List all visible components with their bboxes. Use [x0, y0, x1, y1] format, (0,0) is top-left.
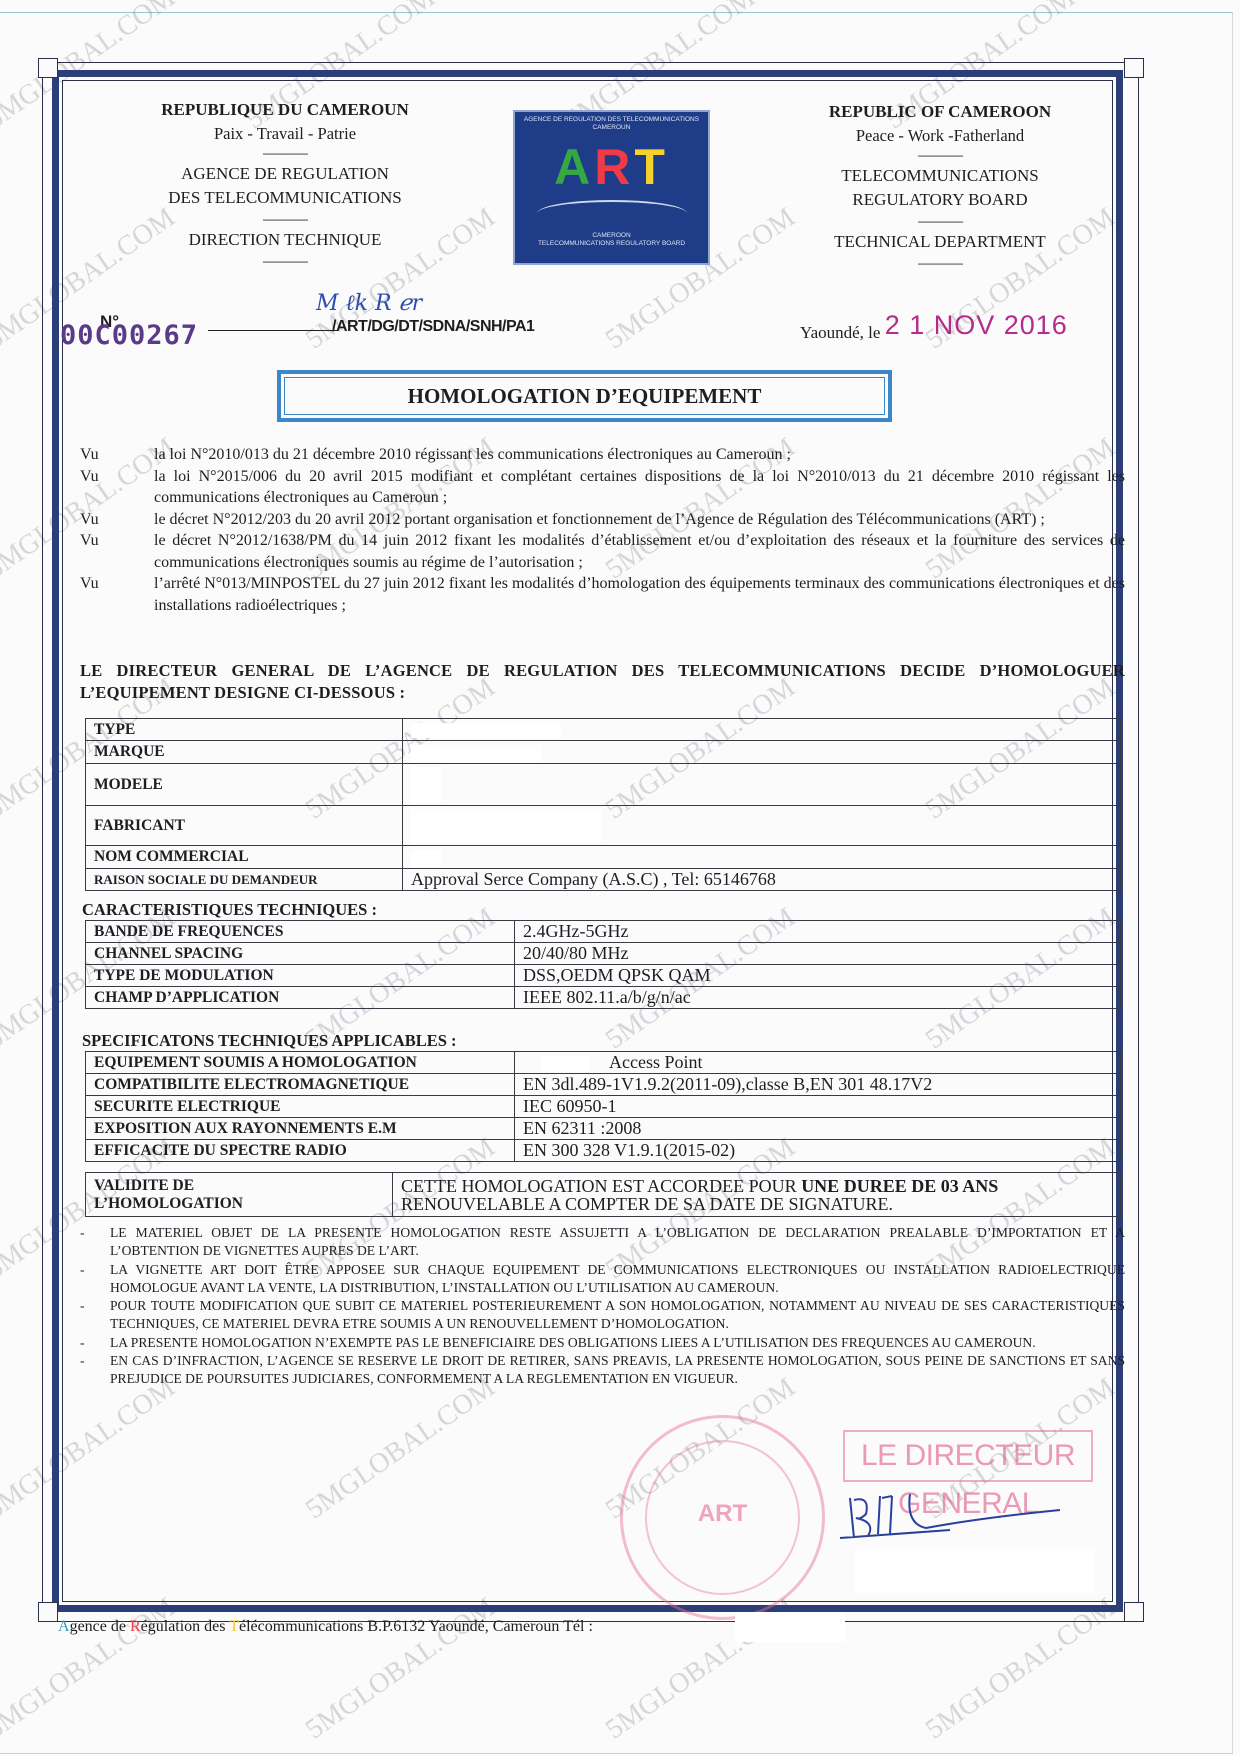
condition-text: LE MATERIEL OBJET DE LA PRESENTE HOMOLOG… — [110, 1224, 1125, 1261]
condition-text: POUR TOUTE MODIFICATION QUE SUBIT CE MAT… — [110, 1297, 1125, 1334]
cell-value-container — [403, 764, 1121, 806]
technical-table: BANDE DE FREQUENCES2.4GHz-5GHzCHANNEL SP… — [85, 920, 1121, 1009]
reference-underline — [208, 330, 338, 331]
cell-value: IEC 60950-1 — [523, 1096, 617, 1116]
validity-value: CETTE HOMOLOGATION EST ACCORDEE POUR UNE… — [393, 1173, 1121, 1217]
table-row: MODELE — [86, 764, 1121, 806]
cell-key: EXPOSITION AUX RAYONNEMENTS E.M — [86, 1118, 515, 1140]
cell-value-container — [403, 719, 1121, 741]
table-row: TYPE — [86, 719, 1121, 741]
table-row: EXPOSITION AUX RAYONNEMENTS E.MEN 62311 … — [86, 1118, 1121, 1140]
consideration-label: Vu — [80, 509, 154, 531]
cell-key: TYPE — [86, 719, 403, 741]
consideration-item: Vule décret N°2012/203 du 20 avril 2012 … — [80, 509, 1125, 531]
cell-value-container: DSS,OEDM QPSK QAM — [515, 965, 1121, 987]
agency-line1-en: TELECOMMUNICATIONS — [790, 164, 1090, 188]
cell-value-container — [403, 806, 1121, 846]
redacted-value — [411, 767, 441, 803]
agency-line2-en: REGULATORY BOARD — [790, 188, 1090, 212]
cell-value-container: Access Point — [515, 1052, 1121, 1074]
signature-icon — [830, 1488, 1090, 1548]
validity-text-line2: RENOUVELABLE A COMPTER DE SA DATE DE SIG… — [401, 1195, 1112, 1213]
cell-value-container: IEC 60950-1 — [515, 1096, 1121, 1118]
cell-key: CHANNEL SPACING — [86, 943, 515, 965]
table-row: COMPATIBILITE ELECTROMAGNETIQUEEN 3dl.48… — [86, 1074, 1121, 1096]
validity-row: VALIDITE DE L’HOMOLOGATION CETTE HOMOLOG… — [86, 1173, 1121, 1217]
condition-item: -POUR TOUTE MODIFICATION QUE SUBIT CE MA… — [80, 1297, 1125, 1334]
table-row: CHAMP D’APPLICATIONIEEE 802.11.a/b/g/n/a… — [86, 987, 1121, 1009]
footer-text-3: élécommunications B.P.6132 Yaoundé, Came… — [239, 1618, 593, 1635]
separator: --------------- — [120, 144, 450, 162]
logo-letter-t: T — [634, 139, 669, 195]
cell-key: TYPE DE MODULATION — [86, 965, 515, 987]
validity-key: VALIDITE DE L’HOMOLOGATION — [86, 1173, 393, 1217]
conditions-list: -LE MATERIEL OBJET DE LA PRESENTE HOMOLO… — [80, 1224, 1125, 1389]
agency-line2-fr: DES TELECOMMUNICATIONS — [120, 186, 450, 210]
table-row: EFFICACITE DU SPECTRE RADIOEN 300 328 V1… — [86, 1140, 1121, 1162]
cell-key: EFFICACITE DU SPECTRE RADIO — [86, 1140, 515, 1162]
cell-value-container: Approval Serce Company (A.S.C) , Tel: 65… — [403, 869, 1121, 891]
separator: --------------- — [790, 212, 1090, 230]
condition-bullet: - — [80, 1334, 110, 1352]
footer-text-2: égulation des — [141, 1618, 230, 1635]
cell-value-container — [403, 846, 1121, 869]
condition-item: -LA VIGNETTE ART DOIT ÊTRE APPOSEE SUR C… — [80, 1261, 1125, 1298]
agency-line1-fr: AGENCE DE REGULATION — [120, 162, 450, 186]
redacted-value — [411, 745, 541, 762]
motto-fr: Paix - Travail - Patrie — [120, 124, 450, 144]
logo-letter-a: A — [554, 139, 594, 195]
validity-text: CETTE HOMOLOGATION EST ACCORDEE POUR — [401, 1176, 801, 1196]
condition-bullet: - — [80, 1224, 110, 1261]
art-logo: AGENCE DE REGULATION DES TELECOMMUNICATI… — [513, 110, 710, 265]
validity-key-line2: L’HOMOLOGATION — [94, 1195, 384, 1213]
technical-heading: CARACTERISTIQUES TECHNIQUES : — [82, 900, 377, 920]
cell-value: EN 300 328 V1.9.1(2015-02) — [523, 1140, 735, 1160]
specifications-heading: SPECIFICATONS TECHNIQUES APPLICABLES : — [82, 1031, 457, 1051]
redacted-value — [411, 809, 601, 843]
table-row: SECURITE ELECTRIQUEIEC 60950-1 — [86, 1096, 1121, 1118]
condition-item: -LE MATERIEL OBJET DE LA PRESENTE HOMOLO… — [80, 1224, 1125, 1261]
cell-value: IEEE 802.11.a/b/g/n/ac — [523, 987, 691, 1007]
redacted-value — [411, 723, 561, 738]
motto-en: Peace - Work -Fatherland — [790, 126, 1090, 146]
separator: --------------- — [790, 146, 1090, 164]
separator: --------------- — [790, 254, 1090, 272]
consideration-label: Vu — [80, 466, 154, 509]
condition-text: LA VIGNETTE ART DOIT ÊTRE APPOSEE SUR CH… — [110, 1261, 1125, 1298]
consideration-item: Vula loi N°2010/013 du 21 décembre 2010 … — [80, 444, 1125, 466]
cell-value-container: 20/40/80 MHz — [515, 943, 1121, 965]
cell-key: EQUIPEMENT SOUMIS A HOMOLOGATION — [86, 1052, 515, 1074]
country-name-en: REPUBLIC OF CAMEROON — [790, 102, 1090, 122]
department-en: TECHNICAL DEPARTMENT — [790, 230, 1090, 254]
table-row: NOM COMMERCIAL — [86, 846, 1121, 869]
cell-value-container: EN 300 328 V1.9.1(2015-02) — [515, 1140, 1121, 1162]
footer-phone-redacted — [735, 1612, 845, 1642]
cell-value-container: 2.4GHz-5GHz — [515, 921, 1121, 943]
logo-bottom-line2: TELECOMMUNICATIONS REGULATORY BOARD — [515, 240, 708, 248]
footer-letter-a: A — [58, 1618, 70, 1635]
cell-key: COMPATIBILITE ELECTROMAGNETIQUE — [86, 1074, 515, 1096]
consideration-label: Vu — [80, 444, 154, 466]
open-book-icon — [537, 200, 687, 216]
consideration-text: la loi N°2010/013 du 21 décembre 2010 ré… — [154, 444, 1125, 466]
director-general-stamp: LE DIRECTEUR GENERAL — [843, 1430, 1093, 1482]
cell-value: EN 3dl.489-1V1.9.2(2011-09),classe B,EN … — [523, 1074, 932, 1094]
condition-text: EN CAS D’INFRACTION, L’AGENCE SE RESERVE… — [110, 1352, 1125, 1389]
frame-corner-bl — [38, 1602, 58, 1622]
table-row: TYPE DE MODULATIONDSS,OEDM QPSK QAM — [86, 965, 1121, 987]
condition-item: -LA PRESENTE HOMOLOGATION N’EXEMPTE PAS … — [80, 1334, 1125, 1352]
department-fr: DIRECTION TECHNIQUE — [120, 228, 450, 252]
condition-bullet: - — [80, 1261, 110, 1298]
logo-top-text: AGENCE DE REGULATION DES TELECOMMUNICATI… — [515, 116, 708, 132]
table-row: CHANNEL SPACING20/40/80 MHz — [86, 943, 1121, 965]
cell-value: DSS,OEDM QPSK QAM — [523, 965, 711, 985]
date-stamp: 2 1 NOV 2016 — [885, 310, 1068, 340]
logo-letter-r: R — [594, 139, 634, 195]
validity-table: VALIDITE DE L’HOMOLOGATION CETTE HOMOLOG… — [85, 1172, 1121, 1217]
consideration-text: le décret N°2012/203 du 20 avril 2012 po… — [154, 509, 1125, 531]
cell-value-container — [403, 741, 1121, 764]
frame-corner-tl — [38, 58, 58, 78]
cell-value: Access Point — [609, 1052, 703, 1072]
consideration-text: le décret N°2012/1638/PM du 14 juin 2012… — [154, 530, 1125, 573]
condition-bullet: - — [80, 1352, 110, 1389]
consideration-label: Vu — [80, 530, 154, 573]
cell-key: BANDE DE FREQUENCES — [86, 921, 515, 943]
cell-value: EN 62311 :2008 — [523, 1118, 641, 1138]
considerations-list: Vula loi N°2010/013 du 21 décembre 2010 … — [80, 444, 1125, 616]
footer-address: Agence de Régulation des Télécommunicati… — [58, 1618, 593, 1636]
cell-value-container: EN 62311 :2008 — [515, 1118, 1121, 1140]
cell-key: NOM COMMERCIAL — [86, 846, 403, 869]
consideration-text: l’arrêté N°013/MINPOSTEL du 27 juin 2012… — [154, 573, 1125, 616]
stamped-number: 00C00267 — [60, 320, 198, 351]
date-line: Yaoundé, le 2 1 NOV 2016 — [800, 314, 1068, 345]
cell-value: 20/40/80 MHz — [523, 943, 629, 963]
condition-text: LA PRESENTE HOMOLOGATION N’EXEMPTE PAS L… — [110, 1334, 1125, 1352]
country-name-fr: REPUBLIQUE DU CAMEROUN — [120, 100, 450, 120]
table-row: EQUIPEMENT SOUMIS A HOMOLOGATIONAccess P… — [86, 1052, 1121, 1074]
specifications-table: EQUIPEMENT SOUMIS A HOMOLOGATIONAccess P… — [85, 1051, 1121, 1162]
document-title-box: HOMOLOGATION D’EQUIPEMENT — [277, 370, 892, 422]
decision-statement: LE DIRECTEUR GENERAL DE L’AGENCE DE REGU… — [80, 660, 1125, 704]
validity-key-line1: VALIDITE DE — [94, 1177, 384, 1195]
condition-item: -EN CAS D’INFRACTION, L’AGENCE SE RESERV… — [80, 1352, 1125, 1389]
frame-corner-tr — [1124, 58, 1144, 78]
consideration-text: la loi N°2015/006 du 20 avril 2015 modif… — [154, 466, 1125, 509]
cell-value: Approval Serce Company (A.S.C) , Tel: 65… — [411, 869, 776, 889]
table-row: BANDE DE FREQUENCES2.4GHz-5GHz — [86, 921, 1121, 943]
cell-key: MODELE — [86, 764, 403, 806]
handwritten-initials: M ℓk R ℯr — [316, 290, 422, 316]
condition-bullet: - — [80, 1297, 110, 1334]
footer-letter-t: T — [229, 1618, 239, 1635]
consideration-item: Vula loi N°2015/006 du 20 avril 2015 mod… — [80, 466, 1125, 509]
reference-code: /ART/DG/DT/SDNA/SNH/PA1 — [332, 318, 534, 336]
frame-corner-br — [1124, 1602, 1144, 1622]
official-seal: ART — [620, 1415, 825, 1620]
consideration-label: Vu — [80, 573, 154, 616]
cell-key: CHAMP D’APPLICATION — [86, 987, 515, 1009]
document-title: HOMOLOGATION D’EQUIPEMENT — [284, 377, 885, 415]
cell-key: MARQUE — [86, 741, 403, 764]
header-english: REPUBLIC OF CAMEROON Peace - Work -Fathe… — [790, 102, 1090, 272]
validity-duration: UNE DUREE DE 03 ANS — [801, 1176, 998, 1196]
table-row: FABRICANT — [86, 806, 1121, 846]
cell-key: FABRICANT — [86, 806, 403, 846]
cell-value: 2.4GHz-5GHz — [523, 921, 628, 941]
logo-art-letters: ART — [515, 140, 708, 194]
equipment-table: TYPEMARQUEMODELEFABRICANTNOM COMMERCIALR… — [85, 718, 1121, 891]
cell-key: SECURITE ELECTRIQUE — [86, 1096, 515, 1118]
signatory-name-redacted — [855, 1549, 1095, 1593]
cell-value-container: EN 3dl.489-1V1.9.2(2011-09),classe B,EN … — [515, 1074, 1121, 1096]
cell-value-container: IEEE 802.11.a/b/g/n/ac — [515, 987, 1121, 1009]
footer-letter-r: R — [130, 1618, 141, 1635]
table-row: MARQUE — [86, 741, 1121, 764]
header-french: REPUBLIQUE DU CAMEROUN Paix - Travail - … — [120, 100, 450, 270]
seal-center-text: ART — [623, 1500, 822, 1528]
separator: --------------- — [120, 210, 450, 228]
cell-key: RAISON SOCIALE DU DEMANDEUR — [86, 869, 403, 891]
redacted-value — [541, 1056, 589, 1072]
separator: --------------- — [120, 252, 450, 270]
consideration-item: Vule décret N°2012/1638/PM du 14 juin 20… — [80, 530, 1125, 573]
footer-text-1: gence de — [70, 1618, 130, 1635]
consideration-item: Vul’arrêté N°013/MINPOSTEL du 27 juin 20… — [80, 573, 1125, 616]
date-prefix: Yaoundé, le — [800, 323, 880, 342]
logo-bottom-line1: CAMEROON — [515, 232, 708, 240]
table-row: RAISON SOCIALE DU DEMANDEURApproval Serc… — [86, 869, 1121, 891]
redacted-value — [411, 850, 441, 867]
